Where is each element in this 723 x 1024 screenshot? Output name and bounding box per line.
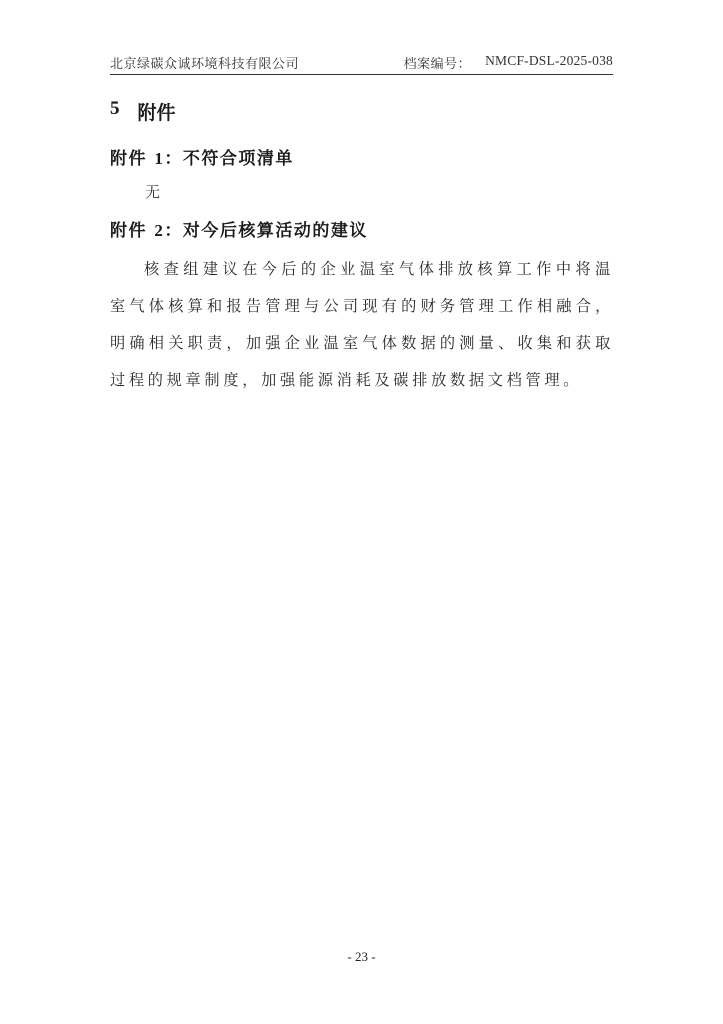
section-number: 5 [110,98,120,125]
attachment-title: 不符合项清单 [183,149,294,169]
attachment-colon: ： [164,221,183,241]
section-title: 附件 [138,98,176,125]
attachment-2-content: 核查组建议在今后的企业温室气体排放核算工作中将温室气体核算和报告管理与公司现有的… [110,251,614,399]
attachment-prefix: 附件 [110,221,147,241]
section-heading: 5 附件 [110,98,176,125]
page-number: - 23 - [0,949,723,965]
document-number: NMCF-DSL-2025-038 [485,53,613,72]
attachment-1-content: 无 [145,181,160,202]
page-header: 北京绿碳众诚环境科技有限公司 档案编号： NMCF-DSL-2025-038 [110,52,613,75]
attachment-prefix: 附件 [110,149,147,169]
attachment-title: 对今后核算活动的建议 [183,221,368,241]
document-number-block: 档案编号： NMCF-DSL-2025-038 [404,53,613,72]
document-number-label: 档案编号： [404,53,472,72]
company-name: 北京绿碳众诚环境科技有限公司 [110,53,299,72]
attachment-colon: ： [164,149,183,169]
attachment-number: 1 [154,149,164,168]
attachment-number: 2 [154,221,164,240]
attachment-2-heading: 附件 2：对今后核算活动的建议 [110,216,368,241]
attachment-1-heading: 附件 1：不符合项清单 [110,144,294,169]
